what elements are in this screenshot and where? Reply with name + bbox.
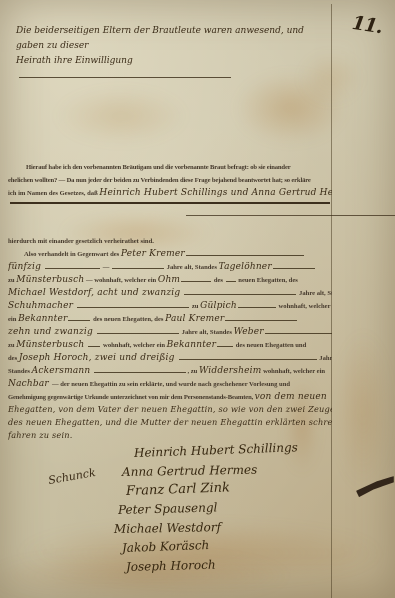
handwritten-text: Münsterbusch (16, 340, 87, 349)
form-line: Genehmigung gegenwärtige Urkunde unterze… (8, 388, 332, 401)
stain (335, 330, 391, 492)
printed-text: — der neuen Ehegattin zu sein erklärte, … (52, 381, 290, 388)
form-line: ehelichen wollten? — Da nun jeder der be… (8, 171, 332, 184)
form-line: Michael Westdorf, acht und zwanzig Jahre… (8, 284, 332, 297)
handwritten-text: Joseph Horoch, zwei und dreißig (19, 353, 178, 362)
blank-line (68, 313, 90, 321)
handwritten-text: Widdersheim (199, 366, 261, 375)
printed-text: Jahre alt, Standes (165, 264, 219, 271)
printed-text: zu (8, 342, 16, 349)
top-handwritten-note: Die beiderseitigen Eltern der Brautleute… (16, 24, 328, 84)
printed-text: wohnhaft, welcher ein (261, 368, 325, 375)
form-body: Hierauf habe ich den vorbenannten Bräuti… (8, 158, 332, 440)
blank-line (225, 313, 297, 321)
stain (55, 88, 187, 144)
printed-text: Jahre alt, Standes (180, 329, 234, 336)
form-line: Also verhandelt in Gegenwart des Peter K… (8, 245, 332, 258)
form-line: Nachbar — der neuen Ehegattin zu sein er… (8, 375, 332, 388)
blank-line (77, 300, 189, 308)
handwritten-text: Münsterbusch (16, 275, 84, 284)
signature: Joseph Horoch (126, 553, 336, 577)
printed-text: des neuen Ehegatten und (234, 342, 306, 349)
form-line: zu Münsterbusch — wohnhaft, welcher ein … (8, 271, 332, 284)
official-signature: Schunck (47, 466, 96, 487)
handwritten-text: zehn und zwanzig (8, 327, 96, 336)
printed-text: Hierauf habe ich den vorbenannten Bräuti… (26, 164, 291, 171)
handwritten-text: Bekannter (18, 314, 67, 323)
printed-text: , zu (187, 368, 199, 375)
form-line: des neuen Ehegatten, und die Mutter der … (8, 414, 332, 427)
blank-line (181, 274, 211, 282)
horizontal-rule (10, 202, 330, 204)
form-line: ein Bekannter des neuen Ehegatten, des P… (8, 310, 332, 323)
blank-line (238, 300, 276, 308)
blank-line (226, 274, 236, 282)
handwritten-text: Bekannter (167, 340, 216, 349)
marriage-record-page: 11. Die beiderseitigen Eltern der Brautl… (0, 0, 395, 598)
printed-text: wohnhaft, welcher (277, 303, 331, 310)
printed-text: des neuen Ehegatten, des (91, 316, 165, 323)
form-line: Standes Ackersmann , zu Widdersheim wohn… (8, 362, 332, 375)
blank-line (97, 326, 179, 334)
form-line: Schuhmacher zu Gülpich wohnhaft, welcher (8, 297, 332, 310)
printed-text: wohnhaft, welcher ein (101, 342, 166, 349)
printed-text: Jahre alt, (318, 355, 332, 362)
form-line: zu Münsterbusch wohnhaft, welcher ein Be… (8, 336, 332, 349)
handwritten-text: Schuhmacher (8, 301, 76, 310)
form-line: fünfzig — Jahre alt, Standes Tagelöhner (8, 258, 332, 271)
printed-text: des (212, 277, 224, 284)
handwritten-text: Gülpich (200, 301, 237, 310)
printed-text: — (101, 264, 111, 271)
handwritten-text: von dem neuen (255, 392, 327, 401)
page-number: 11. (350, 12, 383, 38)
form-line: des Joseph Horoch, zwei und dreißig Jahr… (8, 349, 332, 362)
form-line: hierdurch mit einander gesetzlich verhei… (8, 232, 332, 245)
printed-text: zu (8, 277, 16, 284)
printed-text: des (8, 355, 19, 362)
handwritten-text: Nachbar (8, 379, 52, 388)
blank-line (184, 287, 296, 295)
form-line: zehn und zwanzig Jahre alt, Standes Webe… (8, 323, 332, 336)
top-note-line-text: Heirath ihre Einwilligung (16, 56, 133, 66)
handwritten-text: fünfzig (8, 262, 44, 271)
printed-text: ich im Namen des Gesetzes, daß (8, 190, 99, 197)
form-line: ich im Namen des Gesetzes, daß Heinrich … (8, 184, 332, 197)
handwritten-text: Tagelöhner (219, 262, 272, 271)
form-line: Ehegatten, von dem Vater der neuen Ehega… (8, 401, 332, 414)
handwritten-text: Heinrich Hubert Schillings und Anna Gert… (99, 188, 332, 197)
printed-text: Genehmigung gegenwärtige Urkunde unterze… (8, 394, 255, 401)
handwritten-text: Peter Kremer (121, 249, 185, 258)
spacer (8, 216, 332, 232)
blank-line (88, 339, 100, 347)
top-note-line: Heirath ihre Einwilligung (16, 54, 328, 84)
printed-text: ein (8, 316, 18, 323)
blank-line (265, 326, 332, 334)
printed-text: Jahre alt, Standes (297, 290, 332, 297)
ink-blot (356, 476, 394, 500)
printed-text: ehelichen wollten? — Da nun jeder der be… (8, 177, 311, 184)
handwritten-text: Ehegatten, von dem Vater der neuen Ehega… (8, 404, 332, 414)
handwritten-text: Ackersmann (32, 366, 94, 375)
printed-text: — wohnhaft, welcher ein (84, 277, 158, 284)
handwritten-text: Michael Westdorf, acht und zwanzig (8, 288, 183, 297)
printed-text: zu (190, 303, 200, 310)
blank-line (112, 261, 164, 269)
handwritten-text: Ohm (158, 275, 180, 284)
blank-line (45, 261, 100, 269)
printed-text: hierdurch mit einander gesetzlich verhei… (8, 238, 154, 245)
signature-block: Heinrich Hubert SchillingsAnna Gertrud H… (96, 444, 336, 577)
blank-line (273, 261, 315, 269)
handwritten-text: Weber (234, 327, 264, 336)
handwritten-text: Paul Kremer (165, 314, 224, 323)
blank-line (19, 70, 231, 78)
printed-text: neuen Ehegatten, des (237, 277, 298, 284)
handwritten-text: fahren zu sein. (8, 430, 73, 440)
blank-line (94, 365, 186, 373)
blank-line (186, 248, 304, 256)
top-note-line: Die beiderseitigen Eltern der Brautleute… (16, 24, 328, 54)
blank-line (217, 339, 233, 347)
form-line: Hierauf habe ich den vorbenannten Bräuti… (8, 158, 332, 171)
handwritten-text: des neuen Ehegatten, und die Mutter der … (8, 417, 332, 427)
printed-text: Also verhandelt in Gegenwart des (24, 251, 121, 258)
blank-line (179, 352, 317, 360)
printed-text: Standes (8, 368, 32, 375)
